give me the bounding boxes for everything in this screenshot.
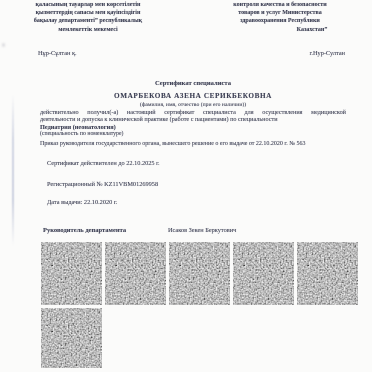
pixelated-stamp-block [41, 308, 102, 368]
pixelated-stamp-block [169, 242, 230, 305]
specialty-value: Педиатрия (неонатология) [40, 124, 116, 131]
pixelated-stamp-block [105, 242, 166, 305]
signatory-role: Руководитель департамента [43, 227, 126, 234]
org-line: товаров и услуг Министерства [206, 9, 354, 17]
pixelated-stamp-block [41, 242, 102, 305]
statement-line: действительно получил(-а) настоящий серт… [40, 109, 346, 117]
certificate-document: қаласының тауарлар мен көрсетілетін қызм… [0, 0, 372, 372]
pixelated-stamp-block [297, 242, 358, 305]
org-line: қаласының тауарлар мен көрсетілетін [24, 1, 152, 9]
certification-statement: действительно получил(-а) настоящий серт… [40, 109, 346, 124]
pixelated-stamp-block [233, 242, 294, 305]
holder-name: ОМАРБЕКОВА АЗЕНА СЕРИКБЕКОВНА [40, 92, 346, 100]
city-russian: г.Нур-Султан [310, 50, 345, 57]
issuer-org-kazakh: қаласының тауарлар мен көрсетілетін қызм… [24, 1, 152, 34]
document-title: Сертификат специалиста [40, 80, 346, 87]
issue-date-line: Дата выдачи: 22.10.2020 г. [47, 199, 117, 206]
scan-fold-artifact [12, 94, 14, 246]
order-line: Приказ руководителя государственного орг… [40, 141, 305, 147]
valid-until-line: Сертификат действителен до 22.10.2025 г. [47, 160, 160, 167]
holder-name-caption: (фамилия, имя, отчество (при его наличии… [40, 102, 346, 108]
issuer-org-russian: контроля качества и безопасности товаров… [206, 1, 354, 34]
org-line: Казахстан” [206, 26, 354, 34]
org-line: қызметтердің сапасы мен қауіпсіздігін [24, 9, 152, 17]
signatory-name: Исаков Зекен Беркутович [168, 227, 236, 234]
org-line: здравоохранения Республики [206, 17, 354, 25]
org-line: мемлекеттік мекемесі [24, 26, 152, 34]
org-line: бақылау департаменті” республикалық [24, 17, 152, 25]
specialty-caption: (специальность по номенклатуре) [40, 131, 123, 137]
registration-number-line: Регистрационный № KZ11VBM01269958 [47, 181, 158, 188]
org-line: контроля качества и безопасности [206, 1, 354, 9]
scan-speck-artifact [2, 43, 5, 47]
statement-line: деятельности и допуска к клинической пра… [40, 116, 346, 124]
city-kazakh: Нұр-Сұлтан қ. [38, 50, 77, 57]
